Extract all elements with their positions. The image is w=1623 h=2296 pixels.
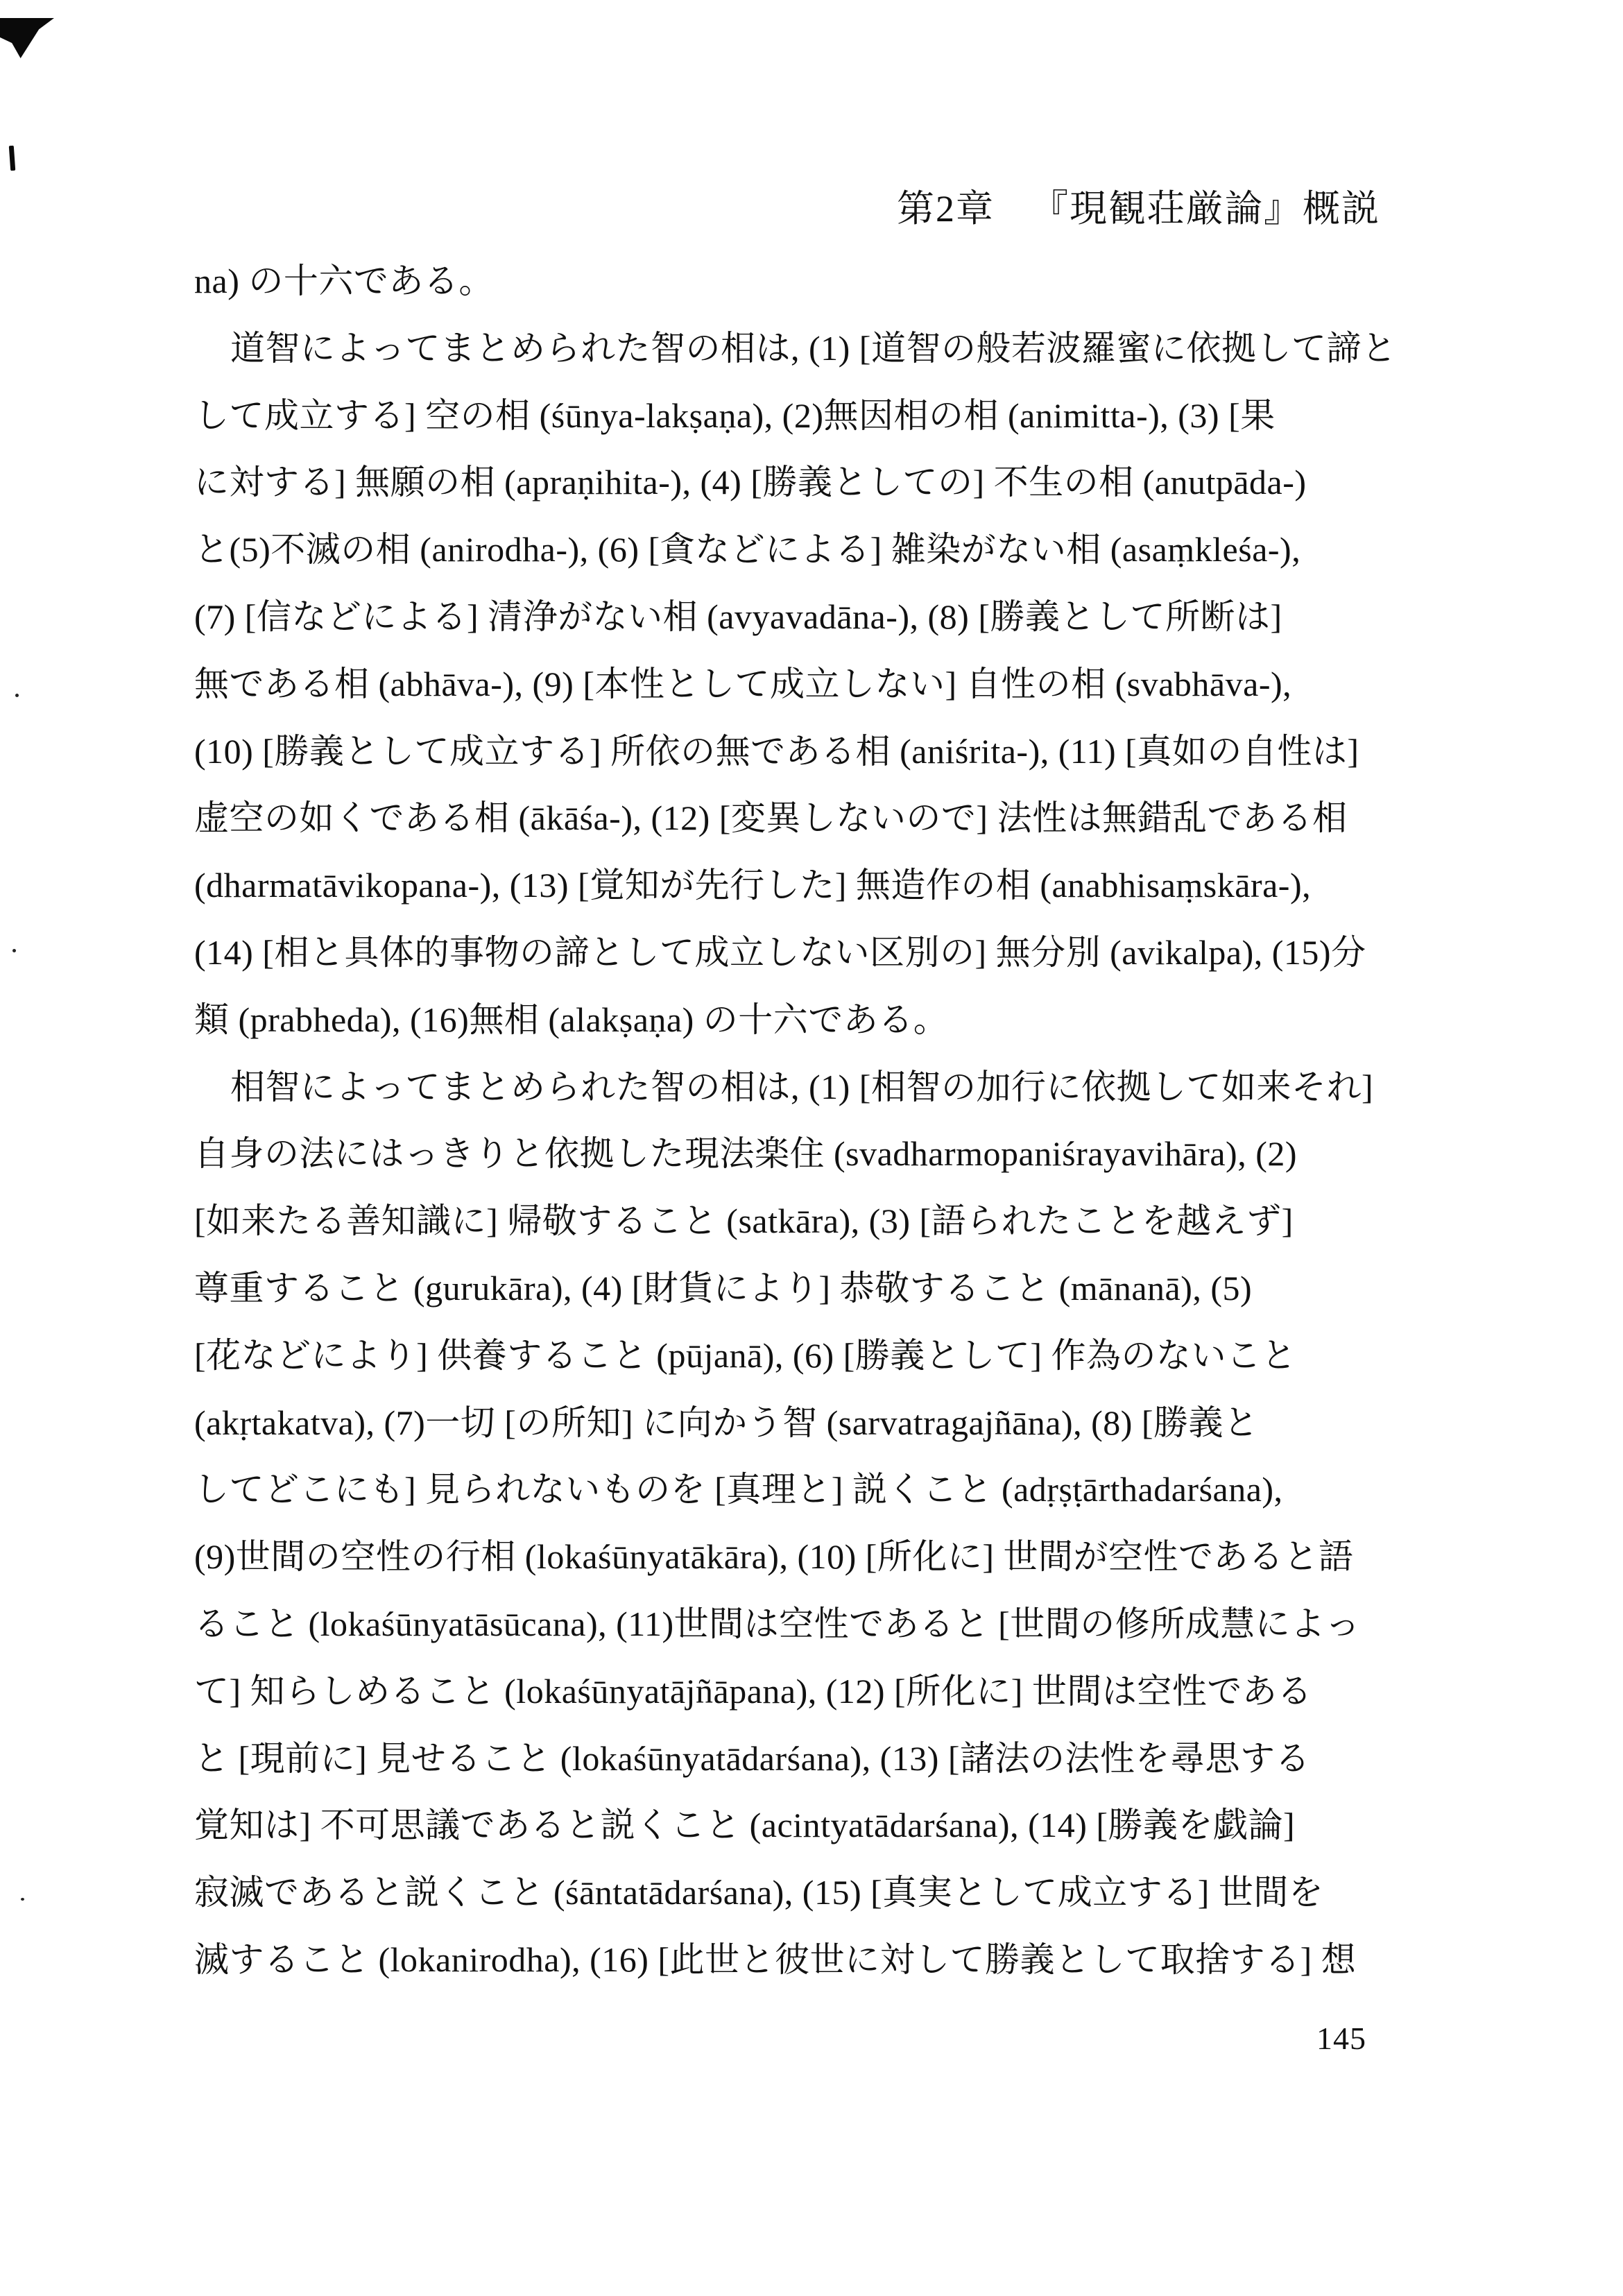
text-line: [如来たる善知識に] 帰敬すること (satkāra), (3) [語られたこと… (194, 1188, 1405, 1255)
text-line: na) の十六である。 (194, 248, 1405, 315)
text-line: と(5)不滅の相 (anirodha-), (6) [貪などによる] 雑染がない… (194, 516, 1405, 583)
text-line: 虚空の如くである相 (ākāśa-), (12) [変異しないので] 法性は無錯… (194, 785, 1405, 852)
scan-artifact-top-left (0, 18, 54, 58)
text-line: 寂滅であると説くこと (śāntatādarśana), (15) [真実として… (194, 1859, 1405, 1926)
text-line: ること (lokaśūnyatāsūcana), (11)世間は空性であると [… (194, 1591, 1405, 1658)
text-line: (dharmatāvikopana-), (13) [覚知が先行した] 無造作の… (194, 852, 1405, 919)
text-line: て] 知らしめること (lokaśūnyatājñāpana), (12) [所… (194, 1658, 1405, 1725)
text-line: (7) [信などによる] 清浄がない相 (avyavadāna-), (8) [… (194, 583, 1405, 651)
text-line: 自身の法にはっきりと依拠した現法楽住 (svadharmopaniśrayavi… (194, 1120, 1405, 1188)
text-line: (10) [勝義として成立する] 所依の無である相 (aniśrita-), (… (194, 718, 1405, 785)
text-line: 覚知は] 不可思議であると説くこと (acintyatādarśana), (1… (194, 1792, 1405, 1859)
running-header: 第2章『現観荘厳論』概説 (897, 179, 1380, 232)
text-line: (14) [相と具体的事物の諦として成立しない区別の] 無分別 (avikalp… (194, 919, 1405, 986)
scan-speck (21, 1898, 24, 1901)
page-number: 145 (1316, 2020, 1366, 2057)
chapter-title: 『現観荘厳論』概説 (1031, 188, 1380, 230)
text-line: 道智によってまとめられた智の相は, (1) [道智の般若波羅蜜に依拠して諦と (194, 315, 1405, 382)
text-line: してどこにも] 見られないものを [真理と] 説くこと (adṛṣṭārthad… (194, 1456, 1405, 1523)
body-text: na) の十六である。道智によってまとめられた智の相は, (1) [道智の般若波… (194, 248, 1405, 1994)
text-line: 滅すること (lokanirodha), (16) [此世と彼世に対して勝義とし… (194, 1926, 1405, 1994)
scan-artifact-left-edge (9, 146, 15, 171)
text-line: [花などにより] 供養すること (pūjanā), (6) [勝義として] 作為… (194, 1322, 1405, 1389)
text-line: (akṛtakatva), (7)一切 [の所知] に向かう智 (sarvatr… (194, 1389, 1405, 1457)
scan-speck (12, 949, 16, 952)
text-line: して成立する] 空の相 (śūnya-lakṣaṇa), (2)無因相の相 (a… (194, 382, 1405, 449)
text-line: 類 (prabheda), (16)無相 (alakṣaṇa) の十六である。 (194, 986, 1405, 1054)
text-line: に対する] 無願の相 (apraṇihita-), (4) [勝義としての] 不… (194, 449, 1405, 516)
text-line: 相智によってまとめられた智の相は, (1) [相智の加行に依拠して如来それ] (194, 1054, 1405, 1121)
chapter-label: 第2章 (897, 188, 995, 230)
book-page: 第2章『現観荘厳論』概説 na) の十六である。道智によってまとめられた智の相は… (0, 0, 1623, 2296)
scan-speck (15, 694, 19, 697)
text-line: (9)世間の空性の行相 (lokaśūnyatākāra), (10) [所化に… (194, 1523, 1405, 1591)
text-line: 無である相 (abhāva-), (9) [本性として成立しない] 自性の相 (… (194, 651, 1405, 718)
text-line: 尊重すること (gurukāra), (4) [財貨により] 恭敬すること (m… (194, 1255, 1405, 1322)
text-line: と [現前に] 見せること (lokaśūnyatādarśana), (13)… (194, 1725, 1405, 1792)
